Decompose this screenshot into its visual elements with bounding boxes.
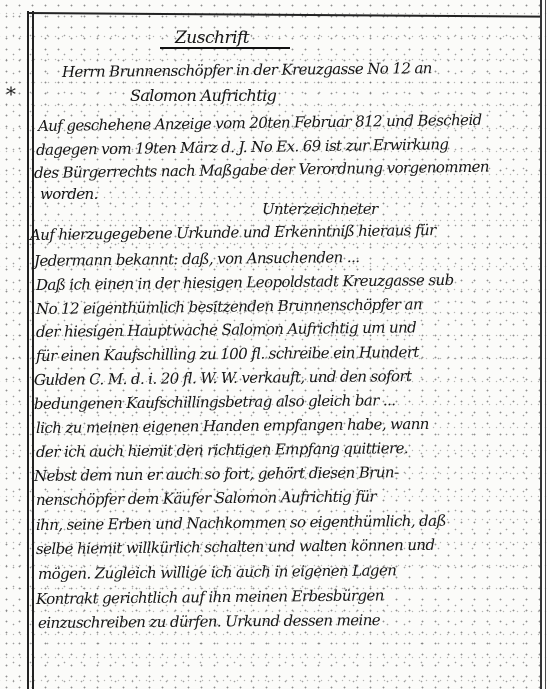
frame-left-rule-inner bbox=[32, 11, 34, 689]
heading-line-2: Salomon Aufrichtig bbox=[130, 86, 276, 105]
paragraph-1-line-3: des Bürgerrechts nach Maßgabe der Verord… bbox=[34, 158, 489, 182]
paragraph-2-line-1: Auf hierzugegebene Urkunde und Erkenntni… bbox=[30, 221, 436, 244]
frame-top-rule bbox=[27, 12, 542, 17]
paragraph-1-line-4: worden. bbox=[40, 185, 98, 203]
paragraph-2-line-12: nenschöpfer dem Käufer Salomon Aufrichti… bbox=[36, 487, 376, 509]
paragraph-2-line-9: lich zu meinen eigenen Handen empfangen … bbox=[36, 415, 429, 437]
margin-asterisk-mark: * bbox=[6, 82, 16, 106]
frame-right-rule-outer bbox=[545, 0, 546, 689]
paragraph-2-line-15: mögen. Zugleich willige ich auch in eige… bbox=[38, 561, 396, 583]
paragraph-2-line-17: einzuschreiben zu dürfen. Urkund dessen … bbox=[38, 611, 380, 632]
paragraph-2-line-3: Daß ich einen in der hiesigen Leopoldsta… bbox=[36, 271, 454, 294]
paragraph-1-line-2: dagegen vom 19ten März d. J. No Ex. 69 i… bbox=[36, 135, 449, 159]
frame-right-rule bbox=[540, 0, 542, 689]
paragraph-2-line-5: der hiesigen Hauptwache Salomon Aufricht… bbox=[36, 318, 416, 341]
paragraph-2-line-4: No 12 eigenthümlich besitzenden Brunnens… bbox=[36, 295, 422, 318]
frame-left-rule bbox=[27, 11, 29, 689]
title-underline bbox=[160, 47, 290, 49]
paragraph-2-line-2: Jedermann bekannt: daß, von Ansuchenden … bbox=[34, 248, 360, 270]
document-title: Zuschrift bbox=[175, 28, 249, 48]
paragraph-2-line-13: ihn, seine Erben und Nachkommen so eigen… bbox=[36, 512, 446, 534]
paragraph-2-line-10: der ich auch hiemit den richtigen Empfan… bbox=[36, 439, 408, 461]
paragraph-2-line-8: bedungenen Kaufschillingsbetrag also gle… bbox=[34, 391, 396, 413]
paragraph-2-line-14: selbe hiemit willkürlich schalten und wa… bbox=[36, 536, 435, 558]
paragraph-2-line-11: Nebst dem nun er auch so fort, gehört di… bbox=[34, 463, 399, 485]
signature: Unterzeichneter bbox=[262, 200, 378, 218]
paragraph-2-line-16: Kontrakt gerichtlich auf ihn meinen Erbe… bbox=[36, 586, 384, 608]
paragraph-2-line-7: Gulden C. M. d. i. 20 fl. W. W. verkauft… bbox=[34, 367, 412, 389]
heading-line-1: Herrn Brunnenschöpfer in der Kreuzgasse … bbox=[62, 59, 432, 81]
paragraph-1-line-1: Auf geschehene Anzeige vom 20ten Februar… bbox=[38, 111, 482, 135]
paragraph-2-line-6: für einen Kaufschilling zu 100 fl. schre… bbox=[36, 343, 419, 365]
